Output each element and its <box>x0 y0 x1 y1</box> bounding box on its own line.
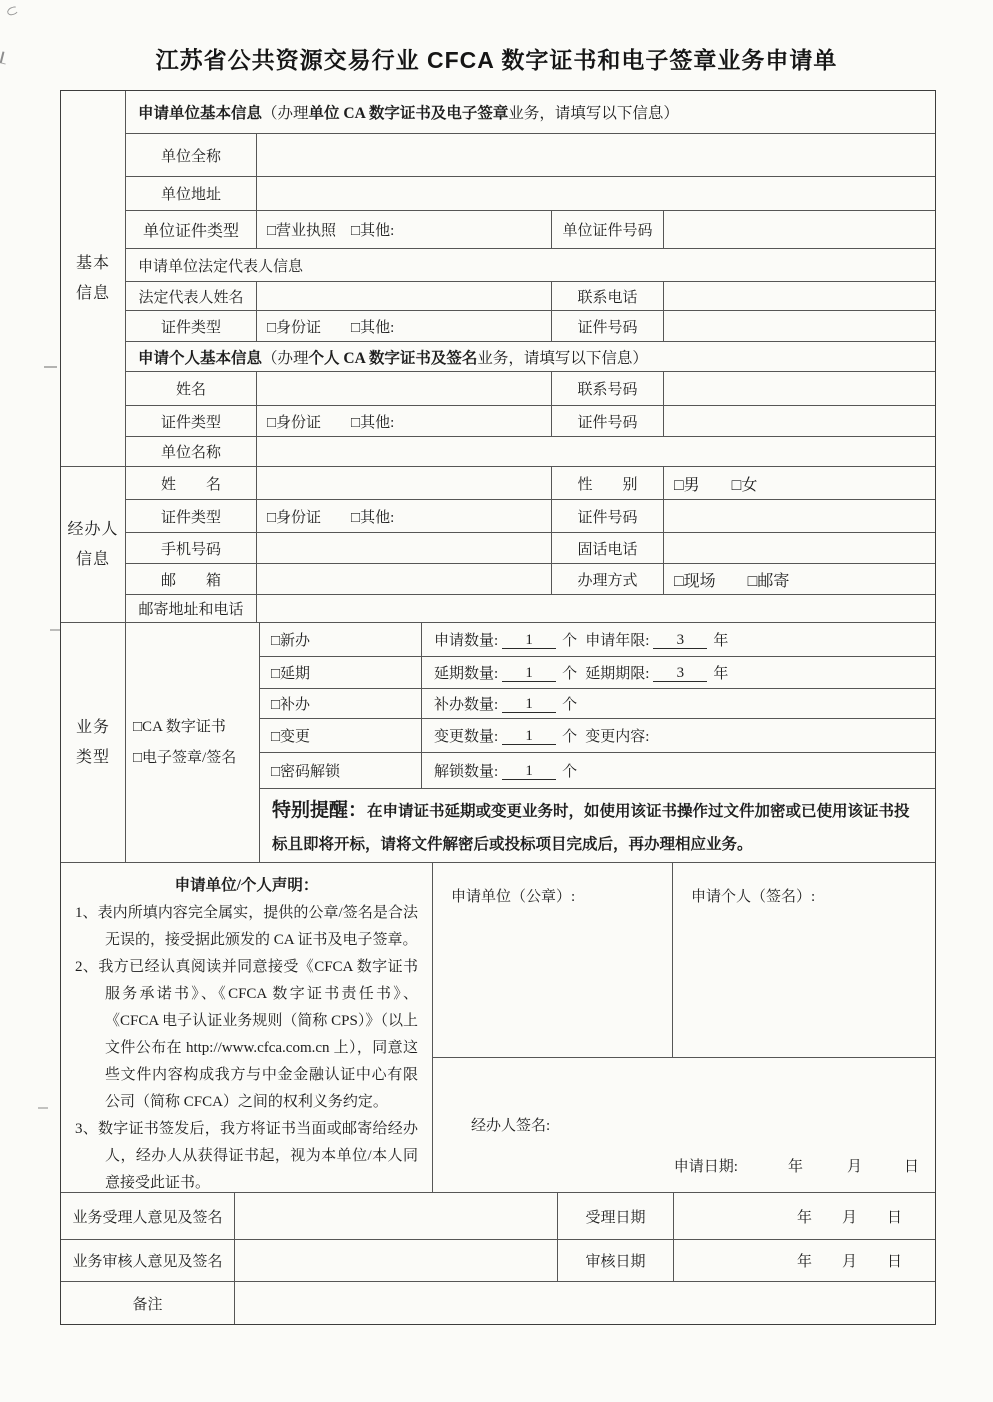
qty-label: 变更数量: <box>434 725 498 746</box>
agent-cert-type-options[interactable]: □身份证 □其他: <box>257 500 552 532</box>
acceptance-opinion-input-cell[interactable] <box>235 1193 558 1239</box>
item-number: 3、 <box>75 1121 98 1137</box>
person-cert-type-label: 证件类型 <box>126 406 257 436</box>
person-cert-type-options[interactable]: □身份证 □其他: <box>257 406 552 436</box>
renew-detail: 延期数量:1个延期期限:3年 <box>422 657 935 688</box>
declaration-item: 3、数字证书签发后，我方将证书当面或邮寄给经办人，经办人从获得证书起，视为本单位… <box>75 1116 418 1197</box>
person-tel-input-cell[interactable] <box>664 372 935 405</box>
qty-label: 申请数量: <box>434 629 498 650</box>
item-text: 表内所填内容完全属实，提供的公章/签名是合法无误的，接受据此颁发的 CA 证书及… <box>98 905 418 948</box>
agent-email-input-cell[interactable] <box>257 564 552 594</box>
application-form-table: 基本 信息 申请单位基本信息（办理单位 CA 数字证书及电子签章业务，请填写以下… <box>60 90 936 1325</box>
legal-cert-type-label: 证件类型 <box>126 311 257 341</box>
side-label-basic-info: 基本 信息 <box>61 91 126 466</box>
person-header-text: （办理 <box>262 346 309 368</box>
special-notice-label: 特别提醒： <box>272 800 367 821</box>
unit-header-title: 申请单位基本信息 <box>138 101 262 123</box>
person-header-bold: 个人 CA 数字证书及签名 <box>309 346 478 368</box>
scan-artifact <box>38 1107 48 1109</box>
qty-label: 补办数量: <box>434 693 498 714</box>
qty-blank[interactable]: 1 <box>502 727 556 745</box>
qty-unit: 个 <box>562 760 577 781</box>
unit-header-text: 业务，请填写以下信息） <box>508 101 679 123</box>
reissue-detail: 补办数量:1个 <box>422 689 935 718</box>
audit-date-label: 审核日期 <box>558 1240 674 1281</box>
acceptance-opinion-label: 业务受理人意见及签名 <box>61 1193 235 1239</box>
agent-mail-address-input-cell[interactable] <box>257 595 935 622</box>
unlock-detail: 解锁数量:1个 <box>422 753 935 788</box>
unit-address-input-cell[interactable] <box>257 177 935 210</box>
qty-blank[interactable]: 1 <box>502 695 556 713</box>
legal-rep-section-header: 申请单位法定代表人信息 <box>126 249 935 281</box>
side-label-line: 基本 <box>76 249 110 279</box>
legal-rep-name-label: 法定代表人姓名 <box>126 282 257 310</box>
unit-seal-area[interactable]: 申请单位（公章）: <box>433 863 673 1057</box>
acceptance-date-label: 受理日期 <box>558 1193 674 1239</box>
side-label-business-type: 业务 类型 <box>61 623 126 862</box>
change-content-label: 变更内容: <box>585 725 649 746</box>
side-label-line: 经办人 <box>67 515 118 545</box>
special-notice: 特别提醒：在申请证书延期或变更业务时，如使用该证书操作过文件加密或已使用该证书投… <box>260 789 935 862</box>
scan-artifact <box>44 366 57 368</box>
audit-opinion-label: 业务审核人意见及签名 <box>61 1240 235 1281</box>
business-cert-type-options[interactable]: □CA 数字证书 □电子签章/签名 <box>126 623 260 862</box>
person-name-label: 姓名 <box>126 372 257 405</box>
unit-address-label: 单位地址 <box>126 177 257 210</box>
reissue-checkbox-option[interactable]: □补办 <box>260 689 422 718</box>
legal-rep-name-input-cell[interactable] <box>257 282 552 310</box>
unit-seal-label: 申请单位（公章）: <box>451 889 575 905</box>
agent-landline-input-cell[interactable] <box>664 533 935 563</box>
section-agent-info: 经办人 信息 姓 名 性 别 □男 □女 证件类型 □身份证 □其他: 证件号码 <box>61 467 935 623</box>
qty-label: 解锁数量: <box>434 760 498 781</box>
agent-gender-label: 性 别 <box>552 467 664 499</box>
audit-opinion-input-cell[interactable] <box>235 1240 558 1281</box>
item-number: 1、 <box>75 905 98 921</box>
unit-cert-no-input-cell[interactable] <box>664 211 935 248</box>
term-blank[interactable]: 3 <box>653 631 707 649</box>
notes-row: 备注 <box>61 1282 935 1324</box>
item-text: 我方已经认真阅读并同意接受《CFCA 数字证书服务承诺书》、《CFCA 数字证书… <box>98 959 418 1110</box>
declaration-text-block: 申请单位/个人声明： 1、表内所填内容完全属实，提供的公章/签名是合法无误的，接… <box>61 863 433 1192</box>
ca-cert-checkbox-option[interactable]: □CA 数字证书 <box>133 712 259 743</box>
side-label-line: 类型 <box>76 743 110 773</box>
page-title: 江苏省公共资源交易行业 CFCA 数字证书和电子签章业务申请单 <box>0 42 993 75</box>
person-header-title: 申请个人基本信息 <box>138 346 262 368</box>
year-label: 年 <box>788 1159 803 1175</box>
qty-unit: 个 <box>562 725 577 746</box>
legal-rep-tel-label: 联系电话 <box>552 282 664 310</box>
agent-mobile-label: 手机号码 <box>126 533 257 563</box>
term-unit: 年 <box>713 629 728 650</box>
side-label-line: 业务 <box>76 713 110 743</box>
side-label-line: 信息 <box>76 545 110 575</box>
agent-name-label: 姓 名 <box>126 467 257 499</box>
application-date-label: 申请日期: <box>674 1159 738 1175</box>
qty-blank[interactable]: 1 <box>502 664 556 682</box>
qty-unit: 个 <box>562 662 577 683</box>
legal-rep-tel-input-cell[interactable] <box>664 282 935 310</box>
qty-blank[interactable]: 1 <box>502 762 556 780</box>
section-basic-info: 基本 信息 申请单位基本信息（办理单位 CA 数字证书及电子签章业务，请填写以下… <box>61 91 935 467</box>
new-apply-checkbox-option[interactable]: □新办 <box>260 623 422 656</box>
unit-name-label: 单位全称 <box>126 134 257 176</box>
agent-signature-area[interactable]: 经办人签名: 申请日期:年月日 <box>433 1058 935 1192</box>
legal-cert-type-options[interactable]: □身份证 □其他: <box>257 311 552 341</box>
person-header-text: 业务，请填写以下信息） <box>477 346 648 368</box>
acceptance-row: 业务受理人意见及签名 受理日期 年 月 日 <box>61 1193 935 1240</box>
unit-name-input-cell[interactable] <box>257 134 935 176</box>
agent-mail-address-label: 邮寄地址和电话 <box>126 595 257 622</box>
legal-cert-no-label: 证件号码 <box>552 311 664 341</box>
person-signature-label: 申请个人（签名）: <box>691 889 815 905</box>
scan-artifact <box>6 5 19 16</box>
term-unit: 年 <box>713 662 728 683</box>
unit-cert-type-label: 单位证件类型 <box>126 211 257 248</box>
section-business-type: 业务 类型 □CA 数字证书 □电子签章/签名 □新办 申请数量:1个申请年限:… <box>61 623 935 863</box>
person-unit-label: 单位名称 <box>126 437 257 466</box>
change-detail: 变更数量:1个变更内容: <box>422 719 935 752</box>
acceptance-date-input-cell[interactable]: 年 月 日 <box>674 1193 935 1239</box>
notes-input-cell[interactable] <box>235 1282 935 1324</box>
e-seal-checkbox-option[interactable]: □电子签章/签名 <box>133 743 259 774</box>
side-label-agent-info: 经办人 信息 <box>61 467 126 622</box>
person-signature-area[interactable]: 申请个人（签名）: <box>673 863 935 1057</box>
agent-email-label: 邮 箱 <box>126 564 257 594</box>
day-label: 日 <box>904 1159 919 1175</box>
term-label: 延期期限: <box>585 662 649 683</box>
declaration-item: 1、表内所填内容完全属实，提供的公章/签名是合法无误的，接受据此颁发的 CA 证… <box>75 900 418 954</box>
audit-row: 业务审核人意见及签名 审核日期 年 月 日 <box>61 1240 935 1282</box>
person-section-header: 申请个人基本信息（办理个人 CA 数字证书及签名业务，请填写以下信息） <box>126 342 935 371</box>
unit-cert-no-label: 单位证件号码 <box>552 211 664 248</box>
agent-signature-label: 经办人签名: <box>471 1114 550 1135</box>
qty-label: 延期数量: <box>434 662 498 683</box>
unit-cert-type-options[interactable]: □营业执照 □其他: <box>257 211 552 248</box>
term-label: 申请年限: <box>585 629 649 650</box>
legal-cert-no-input-cell[interactable] <box>664 311 935 341</box>
unit-section-header: 申请单位基本信息（办理单位 CA 数字证书及电子签章业务，请填写以下信息） <box>126 91 935 133</box>
agent-method-options[interactable]: □现场 □邮寄 <box>664 564 935 594</box>
agent-cert-type-label: 证件类型 <box>126 500 257 532</box>
agent-cert-no-label: 证件号码 <box>552 500 664 532</box>
application-date-line: 申请日期:年月日 <box>674 1155 919 1176</box>
unlock-checkbox-option[interactable]: □密码解锁 <box>260 753 422 788</box>
person-unit-input-cell[interactable] <box>257 437 935 466</box>
agent-cert-no-input-cell[interactable] <box>664 500 935 532</box>
agent-mobile-input-cell[interactable] <box>257 533 552 563</box>
special-notice-text: 在申请证书延期或变更业务时，如使用该证书操作过文件加密或已使用该证书投标且即将开… <box>272 803 910 853</box>
qty-blank[interactable]: 1 <box>502 631 556 649</box>
agent-method-label: 办理方式 <box>552 564 664 594</box>
change-checkbox-option[interactable]: □变更 <box>260 719 422 752</box>
person-tel-label: 联系号码 <box>552 372 664 405</box>
agent-name-input-cell[interactable] <box>257 467 552 499</box>
qty-unit: 个 <box>562 629 577 650</box>
section-declaration: 申请单位/个人声明： 1、表内所填内容完全属实，提供的公章/签名是合法无误的，接… <box>61 863 935 1193</box>
term-blank[interactable]: 3 <box>653 664 707 682</box>
side-label-line: 信息 <box>76 279 110 309</box>
notes-label: 备注 <box>61 1282 235 1324</box>
agent-landline-label: 固话电话 <box>552 533 664 563</box>
item-text: 数字证书签发后，我方将证书当面或邮寄给经办人，经办人从获得证书起，视为本单位/本… <box>98 1121 418 1191</box>
month-label: 月 <box>847 1159 862 1175</box>
person-name-input-cell[interactable] <box>257 372 552 405</box>
agent-gender-options[interactable]: □男 □女 <box>664 467 935 499</box>
scanned-application-form: 江苏省公共资源交易行业 CFCA 数字证书和电子签章业务申请单 基本 信息 申请… <box>0 0 993 1402</box>
declaration-item: 2、我方已经认真阅读并同意接受《CFCA 数字证书服务承诺书》、《CFCA 数字… <box>75 954 418 1116</box>
person-cert-no-input-cell[interactable] <box>664 406 935 436</box>
person-cert-no-label: 证件号码 <box>552 406 664 436</box>
new-apply-detail: 申请数量:1个申请年限:3年 <box>422 623 935 656</box>
item-number: 2、 <box>75 959 98 975</box>
renew-checkbox-option[interactable]: □延期 <box>260 657 422 688</box>
unit-header-text: （办理 <box>262 101 309 123</box>
declaration-title: 申请单位/个人声明： <box>75 872 418 899</box>
qty-unit: 个 <box>562 693 577 714</box>
unit-header-bold: 单位 CA 数字证书及电子签章 <box>309 101 509 123</box>
audit-date-input-cell[interactable]: 年 月 日 <box>674 1240 935 1281</box>
